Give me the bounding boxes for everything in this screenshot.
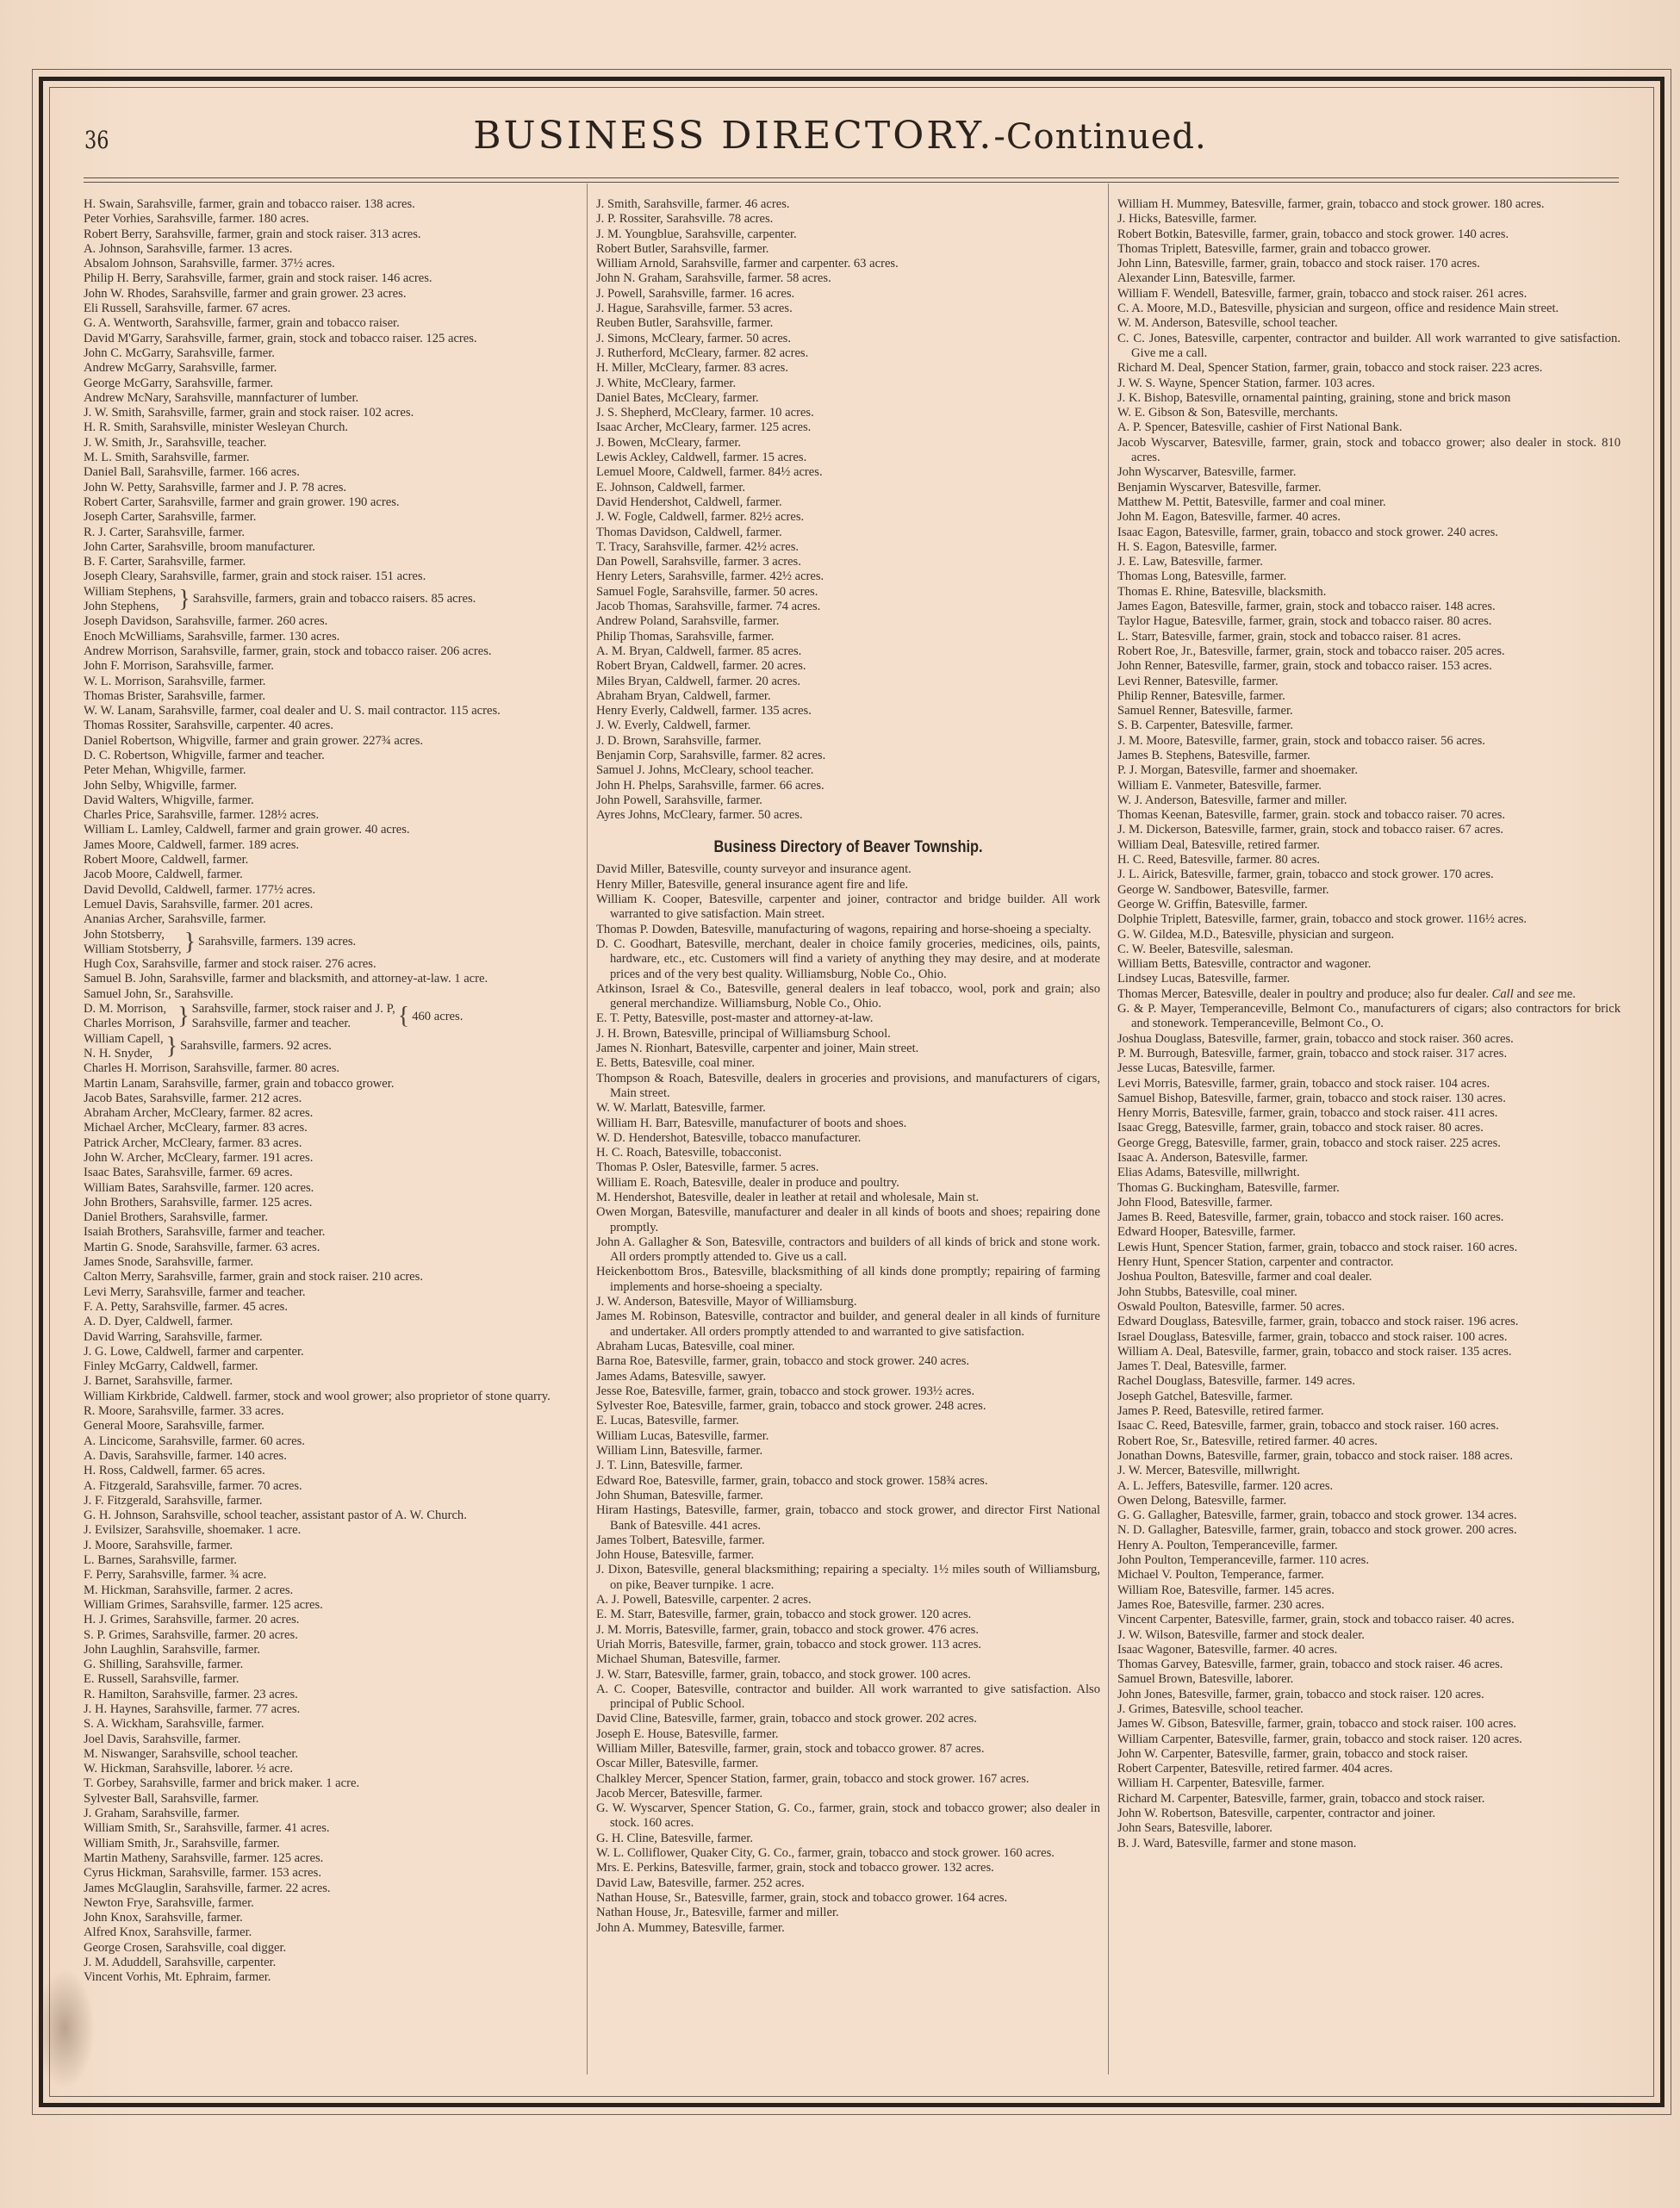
directory-entry: William A. Deal, Batesville, farmer, gra… — [1117, 1345, 1621, 1359]
column-divider-1 — [587, 183, 588, 2074]
directory-entry: R. Moore, Sarahsville, farmer. 33 acres. — [84, 1404, 577, 1419]
right-brace-icon: } — [166, 1034, 177, 1060]
brace-entry-stotsberry: John Stotsberry, William Stotsberry, } S… — [84, 928, 577, 958]
directory-entry: J. M. Moore, Batesville, farmer, grain, … — [1117, 734, 1621, 749]
directory-entry: J. D. Brown, Sarahsville, farmer. — [596, 734, 1100, 749]
directory-entry: G. Shilling, Sarahsville, farmer. — [84, 1658, 577, 1672]
directory-entry: W. M. Anderson, Batesville, school teach… — [1117, 316, 1621, 331]
directory-entry: T. Gorbey, Sarahsville, farmer and brick… — [84, 1776, 577, 1791]
directory-entry: Matthew M. Pettit, Batesville, farmer an… — [1117, 495, 1621, 510]
directory-entry: Isaac Archer, McCleary, farmer. 125 acre… — [596, 420, 1100, 435]
directory-entry: George McGarry, Sarahsville, farmer. — [84, 376, 577, 391]
directory-entry: J. P. Rossiter, Sarahsville. 78 acres. — [596, 212, 1100, 227]
directory-entry: William Roe, Batesville, farmer. 145 acr… — [1117, 1583, 1621, 1598]
directory-entry: John Knox, Sarahsville, farmer. — [84, 1911, 577, 1925]
directory-entry: Thomas P. Osler, Batesville, farmer. 5 a… — [596, 1160, 1100, 1175]
directory-entry: John Wyscarver, Batesville, farmer. — [1117, 465, 1621, 480]
directory-entry: W. W. Lanam, Sarahsville, farmer, coal d… — [84, 704, 577, 718]
directory-entry: C. A. Moore, M.D., Batesville, physician… — [1117, 302, 1621, 316]
directory-entry: Samuel Renner, Batesville, farmer. — [1117, 704, 1621, 718]
directory-entry: David Walters, Whigville, farmer. — [84, 793, 577, 808]
directory-entry: J. Smith, Sarahsville, farmer. 46 acres. — [596, 197, 1100, 212]
directory-entry: W. D. Hendershot, Batesville, tobacco ma… — [596, 1131, 1100, 1146]
directory-entry: W. W. Marlatt, Batesville, farmer. — [596, 1101, 1100, 1116]
directory-entry: S. B. Carpenter, Batesville, farmer. — [1117, 718, 1621, 733]
directory-entry: Thomas P. Dowden, Batesville, manufactur… — [596, 923, 1100, 937]
directory-entry: J. W. Starr, Batesville, farmer, grain, … — [596, 1668, 1100, 1682]
directory-entry: A. J. Powell, Batesville, carpenter. 2 a… — [596, 1593, 1100, 1608]
directory-entry: Thomas Long, Batesville, farmer. — [1117, 569, 1621, 584]
entry-list: Charles H. Morrison, Sarahsville, farmer… — [84, 1061, 577, 1985]
page-title: BUSINESS DIRECTORY.-Continued. — [0, 114, 1680, 158]
directory-entry: Andrew McGarry, Sarahsville, farmer. — [84, 361, 577, 376]
directory-entry: Robert Butler, Sarahsville, farmer. — [596, 242, 1100, 257]
directory-entry: William Kirkbride, Caldwell. farmer, sto… — [84, 1390, 577, 1404]
directory-entry: James Adams, Batesville, sawyer. — [596, 1370, 1100, 1384]
directory-entry: G. A. Wentworth, Sarahsville, farmer, gr… — [84, 316, 577, 331]
directory-entry: Calton Merry, Sarahsville, farmer, grain… — [84, 1270, 577, 1284]
directory-entry: Uriah Morris, Batesville, farmer, grain,… — [596, 1638, 1100, 1652]
directory-entry: H. J. Grimes, Sarahsville, farmer. 20 ac… — [84, 1613, 577, 1627]
directory-entry: Joshua Douglass, Batesville, farmer, gra… — [1117, 1032, 1621, 1047]
directory-entry: J. Hicks, Batesville, farmer. — [1117, 212, 1621, 227]
directory-entry: J. W. Mercer, Batesville, millwright. — [1117, 1464, 1621, 1478]
directory-entry: James T. Deal, Batesville, farmer. — [1117, 1359, 1621, 1374]
right-brace-icon: } — [177, 1004, 189, 1029]
directory-entry: Henry Miller, Batesville, general insura… — [596, 878, 1100, 893]
directory-entry: S. A. Wickham, Sarahsville, farmer. — [84, 1717, 577, 1732]
directory-entry: John W. Petty, Sarahsville, farmer and J… — [84, 481, 577, 495]
directory-entry: Nathan House, Sr., Batesville, farmer, g… — [596, 1891, 1100, 1906]
directory-entry: John Sears, Batesville, laborer. — [1117, 1821, 1621, 1836]
directory-entry: William Smith, Sr., Sarahsville, farmer.… — [84, 1821, 577, 1836]
directory-entry: J. W. Fogle, Caldwell, farmer. 82½ acres… — [596, 510, 1100, 525]
brace-name: D. M. Morrison, — [84, 1002, 175, 1017]
directory-entry: David Miller, Batesville, county surveyo… — [596, 862, 1100, 877]
directory-entry: William L. Lamley, Caldwell, farmer and … — [84, 823, 577, 837]
directory-entry: William Miller, Batesville, farmer, grai… — [596, 1742, 1100, 1757]
entry-list: William H. Mummey, Batesville, farmer, g… — [1117, 197, 1621, 987]
directory-entry: James McGlauglin, Sarahsville, farmer. 2… — [84, 1881, 577, 1896]
directory-entry: J. M. Youngblue, Sarahsville, carpenter. — [596, 227, 1100, 242]
directory-entry: James B. Stephens, Batesville, farmer. — [1117, 749, 1621, 763]
column-left: H. Swain, Sarahsville, farmer, grain and… — [84, 197, 577, 1986]
entry-list: Hugh Cox, Sarahsville, farmer and stock … — [84, 957, 577, 1002]
directory-entry: John N. Graham, Sarahsville, farmer. 58 … — [596, 271, 1100, 286]
directory-entry: J. W. S. Wayne, Spencer Station, farmer.… — [1117, 376, 1621, 391]
directory-entry: Oscar Miller, Batesville, farmer. — [596, 1757, 1100, 1771]
directory-entry: J. Grimes, Batesville, school teacher. — [1117, 1702, 1621, 1717]
directory-entry: J. S. Shepherd, McCleary, farmer. 10 acr… — [596, 406, 1100, 420]
directory-entry: S. P. Grimes, Sarahsville, farmer. 20 ac… — [84, 1628, 577, 1643]
directory-entry: John Selby, Whigville, farmer. — [84, 779, 577, 793]
brace-name: William Stotsberry, — [84, 942, 182, 957]
directory-entry: Joseph E. House, Batesville, farmer. — [596, 1727, 1100, 1742]
directory-entry: Joseph Cleary, Sarahsville, farmer, grai… — [84, 569, 577, 584]
directory-entry: H. Miller, McCleary, farmer. 83 acres. — [596, 361, 1100, 376]
directory-entry: John W. Robertson, Batesville, carpenter… — [1117, 1807, 1621, 1821]
directory-entry: Lindsey Lucas, Batesville, farmer. — [1117, 972, 1621, 986]
directory-entry: J. W. Everly, Caldwell, farmer. — [596, 718, 1100, 733]
directory-entry: William Smith, Jr., Sarahsville, farmer. — [84, 1837, 577, 1851]
directory-entry: David Devolld, Caldwell, farmer. 177½ ac… — [84, 883, 577, 898]
page-title-main: BUSINESS DIRECTORY. — [473, 114, 993, 158]
directory-entry: Thomas Rossiter, Sarahsville, carpenter.… — [84, 718, 577, 733]
directory-entry: Peter Mehan, Whigville, farmer. — [84, 763, 577, 778]
directory-entry: James Eagon, Batesville, farmer, grain, … — [1117, 600, 1621, 614]
directory-entry: David M'Garry, Sarahsville, farmer, grai… — [84, 332, 577, 346]
directory-entry: C. W. Beeler, Batesville, salesman. — [1117, 942, 1621, 957]
brace-name: N. H. Snyder, — [84, 1047, 164, 1061]
directory-entry: M. L. Smith, Sarahsville, farmer. — [84, 451, 577, 465]
directory-entry: John Flood, Batesville, farmer. — [1117, 1196, 1621, 1210]
directory-entry: Robert Roe, Jr., Batesville, farmer, gra… — [1117, 644, 1621, 659]
directory-entry: W. L. Morrison, Sarahsville, farmer. — [84, 675, 577, 689]
directory-entry: D. C. Robertson, Whigville, farmer and t… — [84, 749, 577, 763]
column-middle: J. Smith, Sarahsville, farmer. 46 acres.… — [596, 197, 1100, 1936]
directory-entry: Joseph Gatchel, Batesville, farmer. — [1117, 1390, 1621, 1404]
directory-entry: J. L. Airick, Batesville, farmer, grain,… — [1117, 868, 1621, 882]
directory-entry: E. T. Petty, Batesville, post-master and… — [596, 1011, 1100, 1026]
directory-entry: James Roe, Batesville, farmer. 230 acres… — [1117, 1598, 1621, 1613]
directory-entry: William Bates, Sarahsville, farmer. 120 … — [84, 1181, 577, 1196]
directory-entry: James P. Reed, Batesville, retired farme… — [1117, 1404, 1621, 1419]
directory-entry: Samuel J. Johns, McCleary, school teache… — [596, 763, 1100, 778]
directory-entry: Isaac A. Anderson, Batesville, farmer. — [1117, 1151, 1621, 1166]
brace-name: William Capell, — [84, 1032, 164, 1047]
directory-entry: Martin Matheny, Sarahsville, farmer. 125… — [84, 1851, 577, 1866]
directory-entry: John W. Carpenter, Batesville, farmer, g… — [1117, 1747, 1621, 1762]
directory-entry: Hugh Cox, Sarahsville, farmer and stock … — [84, 957, 577, 972]
directory-entry: H. S. Eagon, Batesville, farmer. — [1117, 540, 1621, 555]
directory-entry: Samuel B. John, Sarahsville, farmer and … — [84, 972, 577, 986]
directory-entry: Jacob Wyscarver, Batesville, farmer, gra… — [1117, 436, 1621, 466]
directory-entry: John Carter, Sarahsville, broom manufact… — [84, 540, 577, 555]
directory-entry: Thompson & Roach, Batesville, dealers in… — [596, 1072, 1100, 1102]
directory-entry: Samuel Brown, Batesville, laborer. — [1117, 1672, 1621, 1687]
brace-name: Charles Morrison, — [84, 1017, 175, 1031]
directory-entry: Richard M. Deal, Spencer Station, farmer… — [1117, 361, 1621, 376]
directory-entry: Sylvester Ball, Sarahsville, farmer. — [84, 1792, 577, 1807]
directory-entry: J. Simons, McCleary, farmer. 50 acres. — [596, 332, 1100, 346]
directory-entry: Jacob Moore, Caldwell, farmer. — [84, 868, 577, 882]
directory-entry: J. G. Lowe, Caldwell, farmer and carpent… — [84, 1345, 577, 1359]
directory-entry: E. M. Starr, Batesville, farmer, grain, … — [596, 1608, 1100, 1622]
directory-entry: C. C. Jones, Batesville, carpenter, cont… — [1117, 332, 1621, 362]
directory-entry: John House, Batesville, farmer. — [596, 1548, 1100, 1563]
directory-entry: John Stubbs, Batesville, coal miner. — [1117, 1285, 1621, 1300]
directory-entry: Eli Russell, Sarahsville, farmer. 67 acr… — [84, 302, 577, 316]
directory-entry: A. C. Cooper, Batesville, contractor and… — [596, 1682, 1100, 1713]
brace-name: John Stephens, — [84, 600, 176, 614]
directory-entry: M. Hickman, Sarahsville, farmer. 2 acres… — [84, 1583, 577, 1598]
directory-entry: William Linn, Batesville, farmer. — [596, 1444, 1100, 1459]
directory-entry: George W. Griffin, Batesville, farmer. — [1117, 898, 1621, 912]
directory-entry: Henry Leters, Sarahsville, farmer. 42½ a… — [596, 569, 1100, 584]
directory-entry: Barna Roe, Batesville, farmer, grain, to… — [596, 1354, 1100, 1369]
directory-entry: Chalkley Mercer, Spencer Station, farmer… — [596, 1772, 1100, 1787]
directory-entry: Abraham Lucas, Batesville, coal miner. — [596, 1340, 1100, 1354]
directory-entry: Henry Hunt, Spencer Station, carpenter a… — [1117, 1255, 1621, 1270]
directory-entry: Benjamin Corp, Sarahsville, farmer. 82 a… — [596, 749, 1100, 763]
directory-entry: B. J. Ward, Batesville, farmer and stone… — [1117, 1837, 1621, 1851]
directory-entry: W. Hickman, Sarahsville, laborer. ½ acre… — [84, 1762, 577, 1776]
header-rule-top — [84, 177, 1619, 178]
directory-entry: J. W. Wilson, Batesville, farmer and sto… — [1117, 1628, 1621, 1643]
directory-entry: James Moore, Caldwell, farmer. 189 acres… — [84, 838, 577, 853]
brace-name: William Stephens, — [84, 585, 176, 600]
directory-entry: G. & P. Mayer, Temperanceville, Belmont … — [1117, 1002, 1621, 1032]
directory-entry: Martin G. Snode, Sarahsville, farmer. 63… — [84, 1241, 577, 1255]
directory-entry: John Jones, Batesville, farmer, grain, t… — [1117, 1688, 1621, 1702]
directory-entry: J. Powell, Sarahsville, farmer. 16 acres… — [596, 287, 1100, 302]
directory-entry: Charles Price, Sarahsville, farmer. 128½… — [84, 808, 577, 823]
directory-entry: Finley McGarry, Caldwell, farmer. — [84, 1359, 577, 1374]
directory-entry: James N. Rionhart, Batesville, carpenter… — [596, 1042, 1100, 1056]
directory-entry: John M. Eagon, Batesville, farmer. 40 ac… — [1117, 510, 1621, 525]
directory-entry: J. M. Dickerson, Batesville, farmer, gra… — [1117, 823, 1621, 837]
page-title-suffix: -Continued. — [993, 117, 1206, 157]
directory-entry: David Hendershot, Caldwell, farmer. — [596, 495, 1100, 510]
directory-entry: Daniel Ball, Sarahsville, farmer. 166 ac… — [84, 465, 577, 480]
directory-entry: Thomas Davidson, Caldwell, farmer. — [596, 526, 1100, 540]
right-brace-icon: } — [178, 587, 190, 613]
directory-entry: Joshua Poulton, Batesville, farmer and c… — [1117, 1270, 1621, 1284]
directory-entry: H. C. Roach, Batesville, tobacconist. — [596, 1146, 1100, 1160]
directory-entry: William H. Barr, Batesville, manufacture… — [596, 1116, 1100, 1131]
left-brace-icon: { — [398, 1004, 409, 1029]
directory-entry: Israel Douglass, Batesville, farmer, gra… — [1117, 1330, 1621, 1345]
directory-entry: William Lucas, Batesville, farmer. — [596, 1429, 1100, 1444]
directory-entry: A. D. Dyer, Caldwell, farmer. — [84, 1315, 577, 1329]
directory-entry: J. Dixon, Batesville, general blacksmith… — [596, 1563, 1100, 1593]
directory-entry: J. W. Anderson, Batesville, Mayor of Wil… — [596, 1295, 1100, 1309]
directory-entry: Mrs. E. Perkins, Batesville, farmer, gra… — [596, 1861, 1100, 1875]
directory-entry: William F. Wendell, Batesville, farmer, … — [1117, 287, 1621, 302]
directory-entry: L. Barnes, Sarahsville, farmer. — [84, 1553, 577, 1568]
directory-entry: Andrew Morrison, Sarahsville, farmer, gr… — [84, 644, 577, 659]
directory-entry: George Crosen, Sarahsville, coal digger. — [84, 1941, 577, 1956]
directory-entry: Daniel Robertson, Whigville, farmer and … — [84, 734, 577, 749]
directory-entry: W. L. Colliflower, Quaker City, G. Co., … — [596, 1846, 1100, 1861]
brace-line: Sarahsville, farmer, stock raiser and J.… — [192, 1002, 395, 1017]
brace-name: John Stotsberry, — [84, 928, 182, 942]
directory-entry: Enoch McWilliams, Sarahsville, farmer. 1… — [84, 630, 577, 644]
directory-entry: Joseph Davidson, Sarahsville, farmer. 26… — [84, 614, 577, 629]
directory-entry: Heickenbottom Bros., Batesville, blacksm… — [596, 1265, 1100, 1295]
directory-entry: Lemuel Moore, Caldwell, farmer. 84½ acre… — [596, 465, 1100, 480]
directory-entry: Michael Shuman, Batesville, farmer. — [596, 1652, 1100, 1667]
directory-entry: Philip Renner, Batesville, farmer. — [1117, 689, 1621, 704]
directory-entry: Miles Bryan, Caldwell, farmer. 20 acres. — [596, 675, 1100, 689]
directory-entry: Oswald Poulton, Batesville, farmer. 50 a… — [1117, 1300, 1621, 1315]
directory-entry: John Linn, Batesville, farmer, grain, to… — [1117, 257, 1621, 271]
entry-list: David Miller, Batesville, county surveyo… — [596, 862, 1100, 1935]
directory-entry: William Arnold, Sarahsville, farmer and … — [596, 257, 1100, 271]
directory-entry: John Brothers, Sarahsville, farmer. 125 … — [84, 1196, 577, 1210]
directory-entry: M. Niswanger, Sarahsville, school teache… — [84, 1747, 577, 1762]
directory-entry: John W. Archer, McCleary, farmer. 191 ac… — [84, 1151, 577, 1166]
directory-entry: Thomas Mercer, Batesville, dealer in pou… — [1117, 987, 1621, 1002]
directory-entry: Martin Lanam, Sarahsville, farmer, grain… — [84, 1077, 577, 1092]
directory-entry: Michael Archer, McCleary, farmer. 83 acr… — [84, 1121, 577, 1135]
directory-entry: J. Moore, Sarahsville, farmer. — [84, 1539, 577, 1553]
directory-entry: Robert Moore, Caldwell, farmer. — [84, 853, 577, 868]
section-heading-beaver-township: Business Directory of Beaver Township. — [632, 838, 1065, 857]
directory-entry: H. R. Smith, Sarahsville, minister Wesle… — [84, 420, 577, 435]
directory-entry: Abraham Archer, McCleary, farmer. 82 acr… — [84, 1106, 577, 1121]
entry-list: J. Smith, Sarahsville, farmer. 46 acres.… — [596, 197, 1100, 823]
directory-entry: Jesse Roe, Batesville, farmer, grain, to… — [596, 1384, 1100, 1399]
directory-entry: Henry Everly, Caldwell, farmer. 135 acre… — [596, 704, 1100, 718]
brace-acres: 460 acres. — [412, 1010, 463, 1024]
directory-entry: William Deal, Batesville, retired farmer… — [1117, 838, 1621, 853]
directory-entry: John A. Gallagher & Son, Batesville, con… — [596, 1235, 1100, 1266]
directory-entry: J. Barnet, Sarahsville, farmer. — [84, 1374, 577, 1389]
directory-entry: J. T. Linn, Batesville, farmer. — [596, 1459, 1100, 1473]
directory-entry: J. Hague, Sarahsville, farmer. 53 acres. — [596, 302, 1100, 316]
directory-entry: P. J. Morgan, Batesville, farmer and sho… — [1117, 763, 1621, 778]
directory-entry: Charles H. Morrison, Sarahsville, farmer… — [84, 1061, 577, 1076]
directory-entry: James B. Reed, Batesville, farmer, grain… — [1117, 1210, 1621, 1225]
directory-entry: A. Johnson, Sarahsville, farmer. 13 acre… — [84, 242, 577, 257]
directory-entry: John Poulton, Temperanceville, farmer. 1… — [1117, 1553, 1621, 1568]
directory-entry: Alfred Knox, Sarahsville, farmer. — [84, 1925, 577, 1940]
directory-entry: Robert Carter, Sarahsville, farmer and g… — [84, 495, 577, 510]
directory-entry: G. H. Cline, Batesville, farmer. — [596, 1832, 1100, 1846]
directory-entry: John C. McGarry, Sarahsville, farmer. — [84, 346, 577, 361]
directory-entry: General Moore, Sarahsville, farmer. — [84, 1419, 577, 1434]
directory-entry: James Tolbert, Batesville, farmer. — [596, 1533, 1100, 1548]
directory-entry: G. W. Gildea, M.D., Batesville, physicia… — [1117, 928, 1621, 942]
directory-entry: Daniel Bates, McCleary, farmer. — [596, 391, 1100, 406]
directory-entry: Elias Adams, Batesville, millwright. — [1117, 1166, 1621, 1180]
directory-entry: Samuel Bishop, Batesville, farmer, grain… — [1117, 1092, 1621, 1106]
directory-entry: Daniel Brothers, Sarahsville, farmer. — [84, 1210, 577, 1225]
directory-entry: John Shuman, Batesville, farmer. — [596, 1489, 1100, 1503]
directory-entry: A. Davis, Sarahsville, farmer. 140 acres… — [84, 1449, 577, 1464]
directory-entry: W. E. Gibson & Son, Batesville, merchant… — [1117, 406, 1621, 420]
directory-entry: William E. Vanmeter, Batesville, farmer. — [1117, 779, 1621, 793]
directory-entry: J. Graham, Sarahsville, farmer. — [84, 1807, 577, 1821]
directory-entry: L. Starr, Batesville, farmer, grain, sto… — [1117, 630, 1621, 644]
directory-entry: F. Perry, Sarahsville, farmer. ¾ acre. — [84, 1568, 577, 1583]
directory-entry: Lewis Ackley, Caldwell, farmer. 15 acres… — [596, 451, 1100, 465]
directory-entry: Sylvester Roe, Batesville, farmer, grain… — [596, 1399, 1100, 1414]
directory-entry: Michael V. Poulton, Temperance, farmer. — [1117, 1568, 1621, 1583]
directory-entry: Isaac Eagon, Batesville, farmer, grain, … — [1117, 526, 1621, 540]
directory-entry: David Warring, Sarahsville, farmer. — [84, 1330, 577, 1345]
directory-entry: John H. Phelps, Sarahsville, farmer. 66 … — [596, 779, 1100, 793]
directory-entry: E. Lucas, Batesville, farmer. — [596, 1414, 1100, 1428]
directory-entry: J. K. Bishop, Batesville, ornamental pai… — [1117, 391, 1621, 406]
directory-entry: William Carpenter, Batesville, farmer, g… — [1117, 1732, 1621, 1747]
directory-entry: R. J. Carter, Sarahsville, farmer. — [84, 526, 577, 540]
directory-entry: Owen Morgan, Batesville, manufacturer an… — [596, 1205, 1100, 1235]
directory-entry: J. Evilsizer, Sarahsville, shoemaker. 1 … — [84, 1523, 577, 1538]
directory-entry: Cyrus Hickman, Sarahsville, farmer. 153 … — [84, 1866, 577, 1881]
directory-entry: Levi Renner, Batesville, farmer. — [1117, 675, 1621, 689]
directory-entry: A. M. Bryan, Caldwell, farmer. 85 acres. — [596, 644, 1100, 659]
directory-entry: A. L. Jeffers, Batesville, farmer. 120 a… — [1117, 1479, 1621, 1494]
directory-entry: Edward Hooper, Batesville, farmer. — [1117, 1225, 1621, 1240]
directory-entry: Isaac Bates, Sarahsville, farmer. 69 acr… — [84, 1166, 577, 1180]
directory-entry: H. Swain, Sarahsville, farmer, grain and… — [84, 197, 577, 212]
directory-entry: J. H. Brown, Batesville, principal of Wi… — [596, 1027, 1100, 1042]
brace-line: Sarahsville, farmer and teacher. — [192, 1017, 395, 1031]
directory-entry: Ananias Archer, Sarahsville, farmer. — [84, 912, 577, 927]
directory-entry: John Laughlin, Sarahsville, farmer. — [84, 1643, 577, 1658]
directory-entry: Richard M. Carpenter, Batesville, farmer… — [1117, 1792, 1621, 1807]
directory-entry: J. E. Law, Batesville, farmer. — [1117, 555, 1621, 569]
directory-entry: N. D. Gallagher, Batesville, farmer, gra… — [1117, 1523, 1621, 1538]
directory-entry: B. F. Carter, Sarahsville, farmer. — [84, 555, 577, 569]
directory-entry: Ayres Johns, McCleary, farmer. 50 acres. — [596, 808, 1100, 823]
entry-list: Joseph Davidson, Sarahsville, farmer. 26… — [84, 614, 577, 927]
directory-entry: Henry Morris, Batesville, farmer, grain,… — [1117, 1106, 1621, 1121]
directory-entry: Hiram Hastings, Batesville, farmer, grai… — [596, 1503, 1100, 1533]
directory-entry: Vincent Vorhis, Mt. Ephraim, farmer. — [84, 1970, 577, 1985]
directory-entry: William K. Cooper, Batesville, carpenter… — [596, 893, 1100, 923]
directory-entry: James W. Gibson, Batesville, farmer, gra… — [1117, 1717, 1621, 1732]
directory-entry: Thomas Triplett, Batesville, farmer, gra… — [1117, 242, 1621, 257]
column-divider-2 — [1108, 183, 1109, 2074]
directory-entry: William E. Roach, Batesville, dealer in … — [596, 1176, 1100, 1191]
directory-entry: H. Ross, Caldwell, farmer. 65 acres. — [84, 1464, 577, 1478]
directory-entry: Robert Botkin, Batesville, farmer, grain… — [1117, 227, 1621, 242]
directory-entry: E. Johnson, Caldwell, farmer. — [596, 481, 1100, 495]
entry-list: G. & P. Mayer, Temperanceville, Belmont … — [1117, 1002, 1621, 1851]
directory-entry: Robert Roe, Sr., Batesville, retired far… — [1117, 1434, 1621, 1449]
directory-entry: Edward Roe, Batesville, farmer, grain, t… — [596, 1474, 1100, 1489]
directory-entry: Lewis Hunt, Spencer Station, farmer, gra… — [1117, 1241, 1621, 1255]
directory-entry: M. Hendershot, Batesville, dealer in lea… — [596, 1191, 1100, 1205]
directory-entry: George Gregg, Batesville, farmer, grain,… — [1117, 1136, 1621, 1151]
directory-entry: Isaac Wagoner, Batesville, farmer. 40 ac… — [1117, 1643, 1621, 1658]
directory-entry: Absalom Johnson, Sarahsville, farmer. 37… — [84, 257, 577, 271]
directory-entry: A. Fitzgerald, Sarahsville, farmer. 70 a… — [84, 1479, 577, 1494]
directory-entry: H. C. Reed, Batesville, farmer. 80 acres… — [1117, 853, 1621, 868]
directory-entry: William Grimes, Sarahsville, farmer. 125… — [84, 1598, 577, 1613]
directory-entry: J. Rutherford, McCleary, farmer. 82 acre… — [596, 346, 1100, 361]
directory-entry: John W. Rhodes, Sarahsville, farmer and … — [84, 287, 577, 302]
directory-entry: E. Betts, Batesville, coal miner. — [596, 1056, 1100, 1071]
brace-entry-morrison: D. M. Morrison, Charles Morrison, } Sara… — [84, 1002, 577, 1032]
directory-entry: T. Tracy, Sarahsville, farmer. 42½ acres… — [596, 540, 1100, 555]
directory-entry: F. A. Petty, Sarahsville, farmer. 45 acr… — [84, 1300, 577, 1315]
directory-entry: J. M. Aduddell, Sarahsville, carpenter. — [84, 1956, 577, 1970]
directory-entry: James M. Robinson, Batesville, contracto… — [596, 1309, 1100, 1340]
directory-entry: Samuel John, Sr., Sarahsville. — [84, 987, 577, 1002]
directory-entry: Patrick Archer, McCleary, farmer. 83 acr… — [84, 1136, 577, 1151]
brace-text: Sarahsville, farmers. 139 acres. — [198, 935, 356, 949]
directory-entry: George W. Sandbower, Batesville, farmer. — [1117, 883, 1621, 898]
brace-entry-capell-snyder: William Capell, N. H. Snyder, } Sarahsvi… — [84, 1032, 577, 1062]
directory-entry: Robert Berry, Sarahsville, farmer, grain… — [84, 227, 577, 242]
directory-entry: Jonathan Downs, Batesville, farmer, grai… — [1117, 1449, 1621, 1464]
directory-entry: Benjamin Wyscarver, Batesville, farmer. — [1117, 481, 1621, 495]
directory-entry: G. G. Gallagher, Batesville, farmer, gra… — [1117, 1508, 1621, 1523]
directory-entry: Newton Frye, Sarahsville, farmer. — [84, 1896, 577, 1911]
directory-entry: Reuben Butler, Sarahsville, farmer. — [596, 316, 1100, 331]
directory-entry: J. M. Morris, Batesville, farmer, grain,… — [596, 1623, 1100, 1638]
column-right: William H. Mummey, Batesville, farmer, g… — [1117, 197, 1621, 1851]
directory-entry: Henry A. Poulton, Temperanceville, farme… — [1117, 1539, 1621, 1553]
brace-entry-stephens: William Stephens, John Stephens, } Sarah… — [84, 585, 577, 615]
directory-entry: Samuel Fogle, Sarahsville, farmer. 50 ac… — [596, 585, 1100, 600]
directory-entry: Jacob Mercer, Batesville, farmer. — [596, 1787, 1100, 1801]
directory-entry: Isaac C. Reed, Batesville, farmer, grain… — [1117, 1419, 1621, 1434]
